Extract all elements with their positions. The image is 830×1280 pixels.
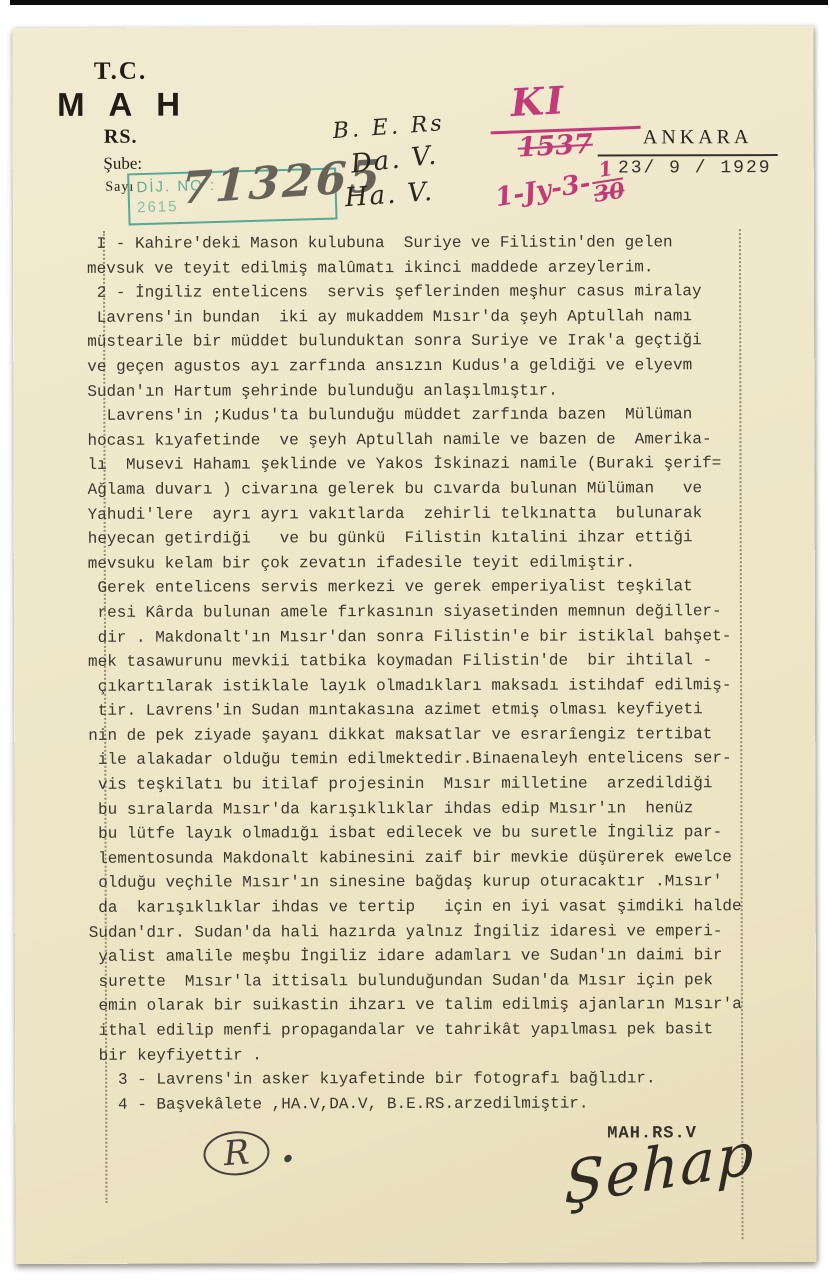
sube-label: Şube:	[73, 154, 173, 174]
dateline-date: 23/ 9 / 1929	[605, 158, 785, 178]
body-line: Lavrens'in ;Kudus'ta bulunduğu müddet za…	[87, 402, 747, 428]
dateline-city: ANKARA	[613, 126, 783, 149]
dateline-rule	[598, 154, 778, 156]
body-line: bu lütfe layık olmadığı isbat edilecek v…	[88, 820, 748, 846]
typed-body-text: I - Kahire'deki Mason kulubuna Suriye ve…	[87, 230, 749, 1117]
body-line: olduğu veçhile Mısır'ın sinesine bağdaş …	[89, 870, 749, 896]
routing-note-dav: Da. V.	[349, 140, 439, 179]
body-line: emin olarak bir suikastin ihzarı ve tali…	[89, 993, 749, 1019]
letterhead-tc: T.C.	[70, 58, 170, 86]
body-line: Ağlama duvarı ) civarına gelerek bu cıva…	[88, 476, 748, 502]
body-line: dir . Makdonalt'ın Mısır'dan sonra Filis…	[88, 624, 748, 650]
signature: Şehap	[564, 1118, 756, 1218]
body-line: lı Musevi Hahamı şeklinde ve Yakos İskin…	[87, 451, 747, 477]
registry-stamp: DİJ. NO : 2615 713265	[127, 167, 337, 225]
body-line: da karışıklıklar ihdas ve tertip için en…	[89, 894, 749, 920]
paraph-initial: R .	[202, 1124, 296, 1177]
red-route-text: 1-Jy-3-	[493, 168, 593, 213]
routing-note-bers: B. E. Rs	[332, 111, 446, 144]
body-line: ve geçen agustos ayı zarfında ansızın Ku…	[87, 353, 747, 379]
body-line: mek tasawurunu mevkii tatbika koymadan F…	[88, 648, 748, 674]
body-line: çıkartılarak istiklale layık olmadıkları…	[88, 673, 748, 699]
document-page: T.C. M A H RS. Şube: Sayı DİJ. NO : 2615…	[12, 26, 816, 1264]
body-line: tir. Lavrens'in Sudan mıntakasına azimet…	[88, 697, 748, 723]
red-file-number: 1537	[517, 129, 594, 164]
body-line: Yahudi'lere ayrı ayrı vakıtlarda zehirli…	[88, 501, 748, 527]
body-line: 3 - Lavrens'in asker kıyafetinde bir fot…	[89, 1066, 749, 1092]
scan-edge-artifact	[10, 0, 828, 5]
body-line: nin de pek ziyade şayanı dikkat maksatla…	[88, 722, 748, 748]
body-line: müstearile bir müddet bulunduktan sonra …	[87, 329, 747, 355]
body-line: I - Kahire'deki Mason kulubuna Suriye ve…	[87, 230, 747, 256]
body-line: hocası kıyafetinde ve şeyh Aptullah nami…	[87, 427, 747, 453]
body-line: bir keyfiyettir .	[89, 1042, 749, 1068]
body-line: yalist amalile meşbu İngiliz idare adaml…	[89, 943, 749, 969]
body-line: Gerek entelicens servis merkezi ve gerek…	[88, 574, 748, 600]
body-line: 2 - İngiliz entelicens servis şeflerinde…	[87, 279, 747, 305]
red-fraction-bottom: 30	[592, 179, 626, 206]
letterhead-dept: RS.	[71, 126, 171, 149]
red-code-mark: KI	[509, 77, 566, 125]
body-line: ithal edilip menfi propagandalar ve tahr…	[89, 1017, 749, 1043]
paraph-letter: R	[202, 1129, 271, 1178]
body-line: ile alakadar olduğu temin edilmektedir.B…	[88, 747, 748, 773]
body-line: mevsuk ve teyit edilmiş malûmatı ikinci …	[87, 255, 747, 281]
body-line: mevsuku kelam bir çok zevatın ifadesile …	[88, 550, 748, 576]
stamp-number-printed: 2615	[137, 198, 179, 216]
body-line: resi Kârda bulunan amele fırkasının siya…	[88, 599, 748, 625]
body-line: vis teşkilatı bu itilaf projesinin Mısır…	[88, 771, 748, 797]
body-line: Lavrens'in bundan iki ay mukaddem Mısır'…	[87, 304, 747, 330]
body-line: surette Mısır'la ittisalı bulunduğundan …	[89, 968, 749, 994]
body-line: 4 - Başvekâlete ,HA.V,DA.V, B.E.RS.arzed…	[89, 1091, 749, 1117]
body-line: lementosunda Makdonalt kabinesini zaif b…	[89, 845, 749, 871]
body-line: bu sıralarda Mısır'da karışıklıklar ihda…	[88, 796, 748, 822]
body-line: Sudan'dır. Sudan'da hali hazırda yalnız …	[89, 919, 749, 945]
paraph-dot: .	[279, 1124, 296, 1172]
routing-note-hav: Ha. V.	[344, 177, 435, 213]
letterhead-org: M A H	[53, 86, 193, 124]
body-line: heyecan getirdiği ve bu günkü Filistin k…	[88, 525, 748, 551]
body-line: Sudan'ın Hartum şehrinde bulunduğu anlaş…	[87, 378, 747, 404]
